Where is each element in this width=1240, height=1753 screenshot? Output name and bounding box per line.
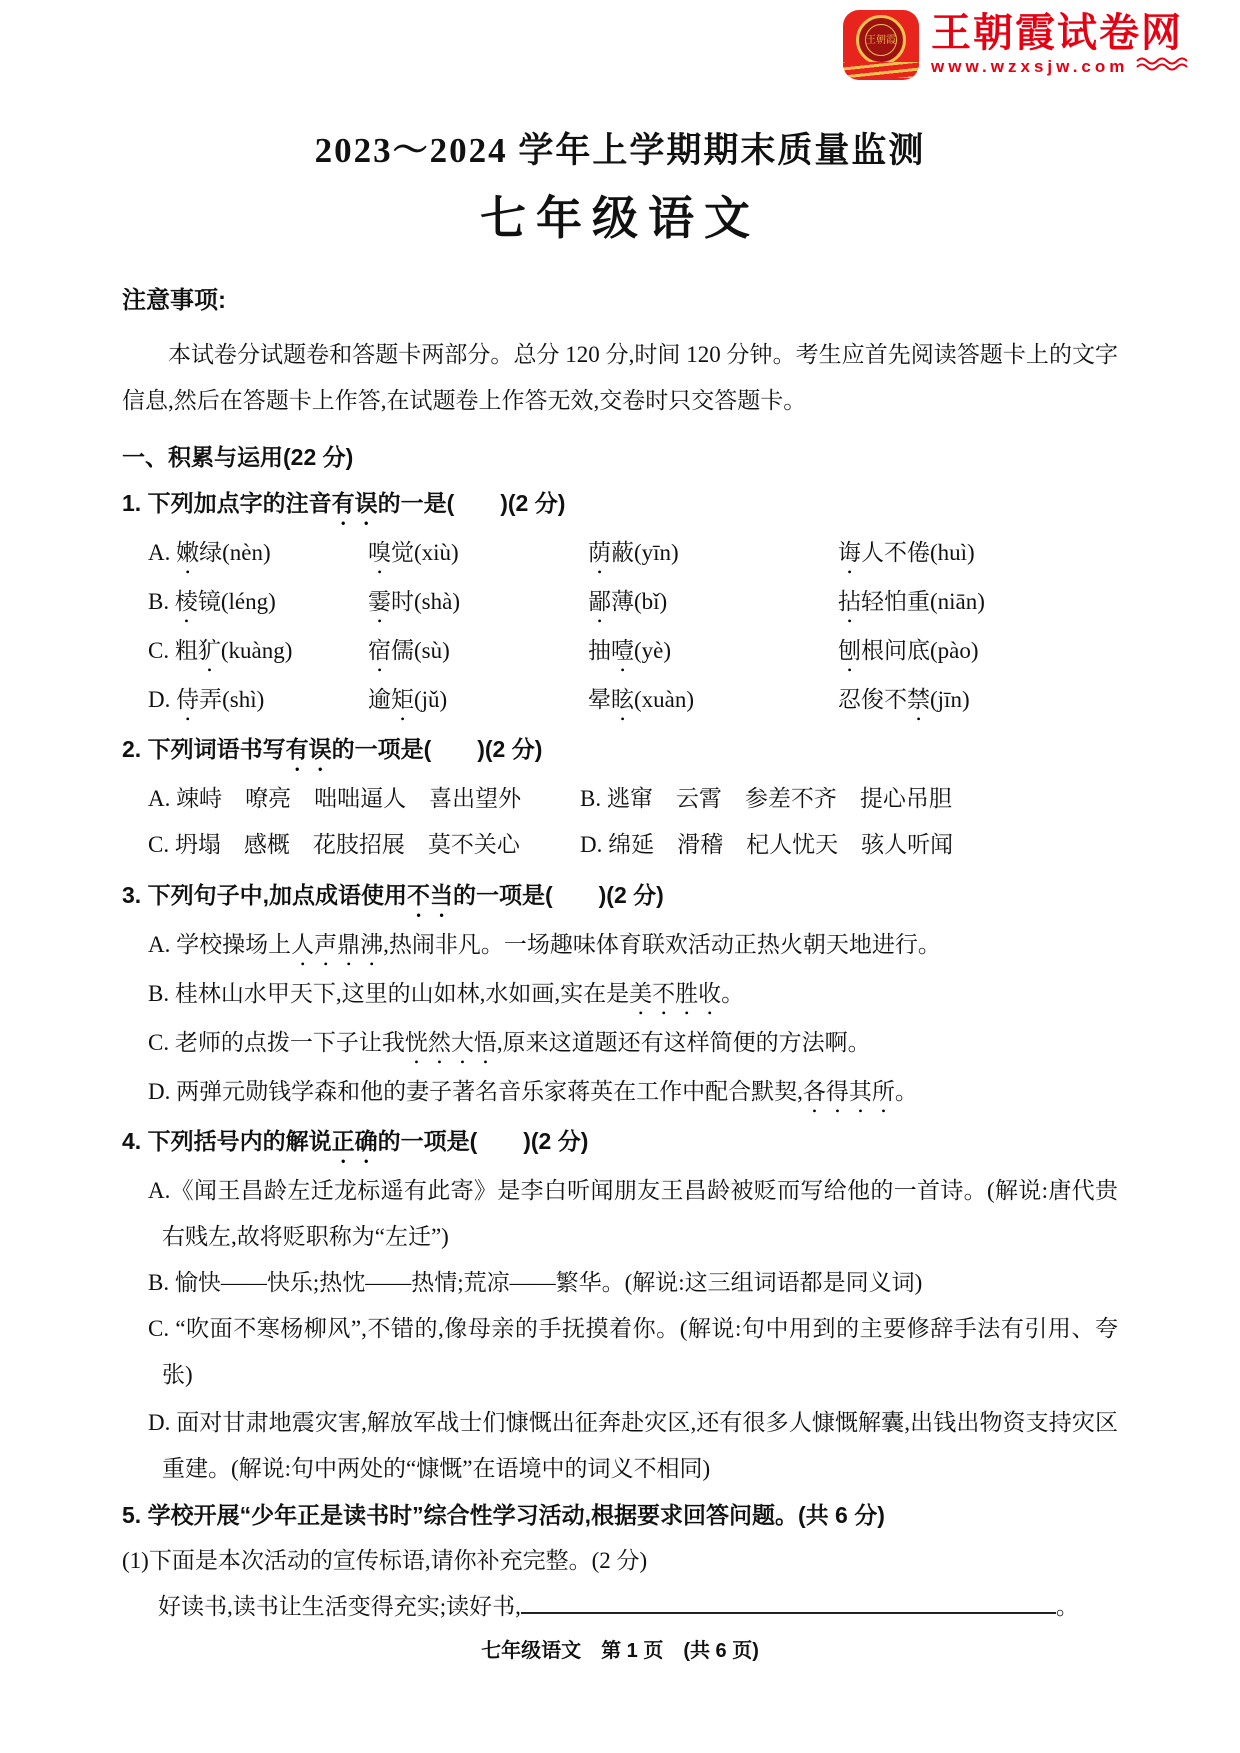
q1-option-d3: 晕眩(xuàn): [588, 677, 838, 726]
q2-options-table: A. 竦峙 嘹亮 咄咄逼人 喜出望外 B. 逃窜 云霄 参差不齐 提心吊胆 C.…: [122, 776, 1118, 868]
site-url-text: www.wzxsjw.com: [931, 57, 1128, 77]
q3-option-a: A. 学校操场上人声鼎沸,热闹非凡。一场趣味体育联欢活动正热火朝天地进行。: [122, 922, 1118, 971]
exam-subject-title: 七年级语文: [122, 190, 1118, 248]
q3-option-d: D. 两弹元勋钱学森和他的妻子著名音乐家蒋英在工作中配合默契,各得其所。: [122, 1069, 1118, 1118]
q1-option-a2: 嗅觉(xiù): [368, 530, 588, 579]
logo-text-block: 王朝霞试卷网 www.wzxsjw.com: [931, 10, 1196, 77]
site-name: 王朝霞试卷网: [931, 10, 1196, 56]
page-footer: 七年级语文 第 1 页 (共 6 页): [122, 1636, 1118, 1666]
q1-stem: 1. 下列加点字的注音有误的一是( )(2 分): [122, 480, 1118, 530]
q1-option-b3: 鄙薄(bǐ): [588, 579, 838, 628]
q1-option-d2: 逾矩(jǔ): [368, 677, 588, 726]
q5-fill-line: 好读书,读书让生活变得充实;读好书,。: [122, 1584, 1118, 1630]
section1-heading: 一、积累与运用(22 分): [122, 434, 1118, 480]
q5-sub1: (1)下面是本次活动的宣传标语,请你补充完整。(2 分): [122, 1538, 1118, 1584]
q1-option-c1: C. 粗犷(kuàng): [148, 628, 368, 677]
q4-option-d: D. 面对甘肃地震灾害,解放军战士们慷慨出征奔赴灾区,还有很多人慷慨解囊,出钱出…: [122, 1400, 1118, 1492]
q1-options-table: A. 嫩绿(nèn) 嗅觉(xiù) 荫蔽(yīn) 诲人不倦(huì) B. …: [122, 530, 1118, 726]
q5-stem: 5. 学校开展“少年正是读书时”综合性学习活动,根据要求回答问题。(共 6 分): [122, 1492, 1118, 1538]
q3-stem: 3. 下列句子中,加点成语使用不当的一项是( )(2 分): [122, 872, 1118, 922]
q2-option-a: A. 竦峙 嘹亮 咄咄逼人 喜出望外: [148, 776, 580, 822]
notice-heading: 注意事项:: [122, 284, 1118, 318]
seal-ring: 王朝霞: [856, 15, 906, 65]
q1-option-b2: 霎时(shà): [368, 579, 588, 628]
q2-option-c: C. 坍塌 感概 花肢招展 莫不关心: [148, 822, 580, 868]
q4-option-c: C. “吹面不寒杨柳风”,不错的,像母亲的手抚摸着你。(解说:句中用到的主要修辞…: [122, 1306, 1118, 1398]
answer-blank-line: [521, 1589, 1056, 1614]
q4-option-a: A.《闻王昌龄左迁龙标遥有此寄》是李白听闻朋友王昌龄被贬而写给他的一首诗。(解说…: [122, 1168, 1118, 1260]
site-url: www.wzxsjw.com: [931, 56, 1196, 77]
seal-text: 王朝霞: [865, 24, 897, 56]
q2-option-d: D. 绵延 滑稽 杞人忧天 骇人听闻: [580, 822, 1118, 868]
q4-option-b: B. 愉快——快乐;热忱——热情;荒凉——繁华。(解说:这三组词语都是同义词): [122, 1260, 1118, 1306]
q1-option-a1: A. 嫩绿(nèn): [148, 530, 368, 579]
q1-option-a4: 诲人不倦(huì): [838, 530, 1118, 579]
q1-option-c3: 抽噎(yè): [588, 628, 838, 677]
exam-content: 2023～2024 学年上学期期末质量监测 七年级语文 注意事项: 本试卷分试题…: [0, 0, 1118, 1666]
q4-stem: 4. 下列括号内的解说正确的一项是( )(2 分): [122, 1118, 1118, 1168]
q1-option-d4: 忍俊不禁(jīn): [838, 677, 1118, 726]
q1-option-c4: 刨根问底(pào): [838, 628, 1118, 677]
exam-paper-page: 王朝霞 王朝霞试卷网 www.wzxsjw.com 2023～2024 学年上学…: [0, 0, 1240, 1753]
brand-seal-icon: 王朝霞: [843, 10, 919, 80]
q3-option-c: C. 老师的点拨一下子让我恍然大悟,原来这道题还有这样简便的方法啊。: [122, 1020, 1118, 1069]
q1-option-d1: D. 侍弄(shì): [148, 677, 368, 726]
q1-option-b1: B. 棱镜(léng): [148, 579, 368, 628]
site-logo: 王朝霞 王朝霞试卷网 www.wzxsjw.com: [843, 10, 1196, 80]
seal-wave-ribbon: [843, 62, 919, 78]
q2-stem: 2. 下列词语书写有误的一项是( )(2 分): [122, 726, 1118, 776]
q5-fill-suffix: 。: [1056, 1594, 1079, 1619]
q1-option-b4: 拈轻怕重(niān): [838, 579, 1118, 628]
q2-option-b: B. 逃窜 云霄 参差不齐 提心吊胆: [580, 776, 1118, 822]
notice-body: 本试卷分试题卷和答题卡两部分。总分 120 分,时间 120 分钟。考生应首先阅…: [122, 332, 1118, 424]
q1-option-c2: 宿儒(sù): [368, 628, 588, 677]
q1-option-a3: 荫蔽(yīn): [588, 530, 838, 579]
url-wave-icon: [1136, 56, 1196, 77]
q3-option-b: B. 桂林山水甲天下,这里的山如林,水如画,实在是美不胜收。: [122, 971, 1118, 1020]
q5-fill-prefix: 好读书,读书让生活变得充实;读好书,: [158, 1594, 521, 1619]
